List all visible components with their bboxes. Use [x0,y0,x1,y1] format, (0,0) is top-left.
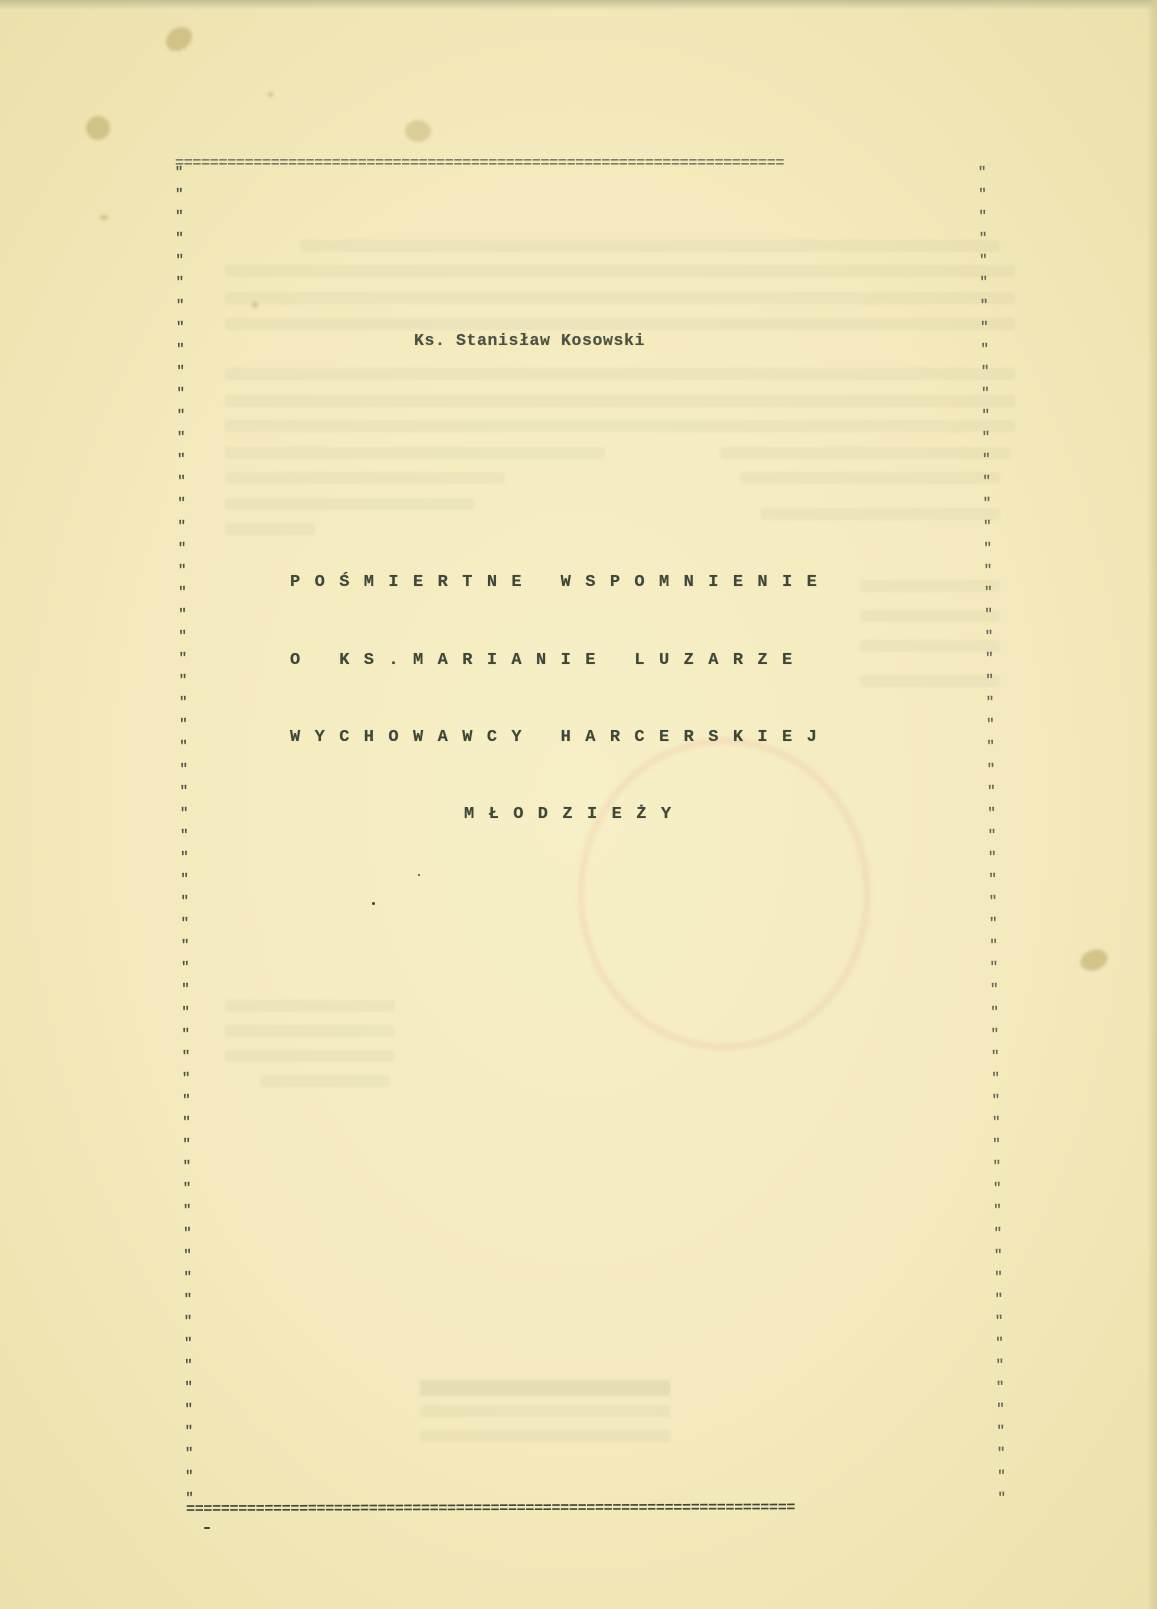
title-line-3: WYCHOWAWCY HARCERSKIEJ [290,728,831,747]
border-bottom: ========================================… [186,1500,1016,1517]
ink-speck [204,1527,210,1529]
stain-spot [100,215,108,220]
title-line-2: O KS.MARIANIE LUZARZE [290,651,807,670]
stain-spot [86,116,110,140]
border-top: ========================================… [175,156,1005,171]
stain-spot [405,120,431,142]
stamp-ghost [578,738,870,1050]
title-line-1: POŚMIERTNE WSPOMNIENIE [290,573,831,592]
stain-spot [268,92,273,97]
author-name: Ks. Stanisław Kosowski [414,331,645,350]
ink-speck [372,902,375,905]
ink-speck [418,874,420,876]
paper-right-edge [1147,0,1157,1609]
title-line-4: MŁODZIEŻY [464,805,685,824]
paper-top-edge [0,0,1157,10]
